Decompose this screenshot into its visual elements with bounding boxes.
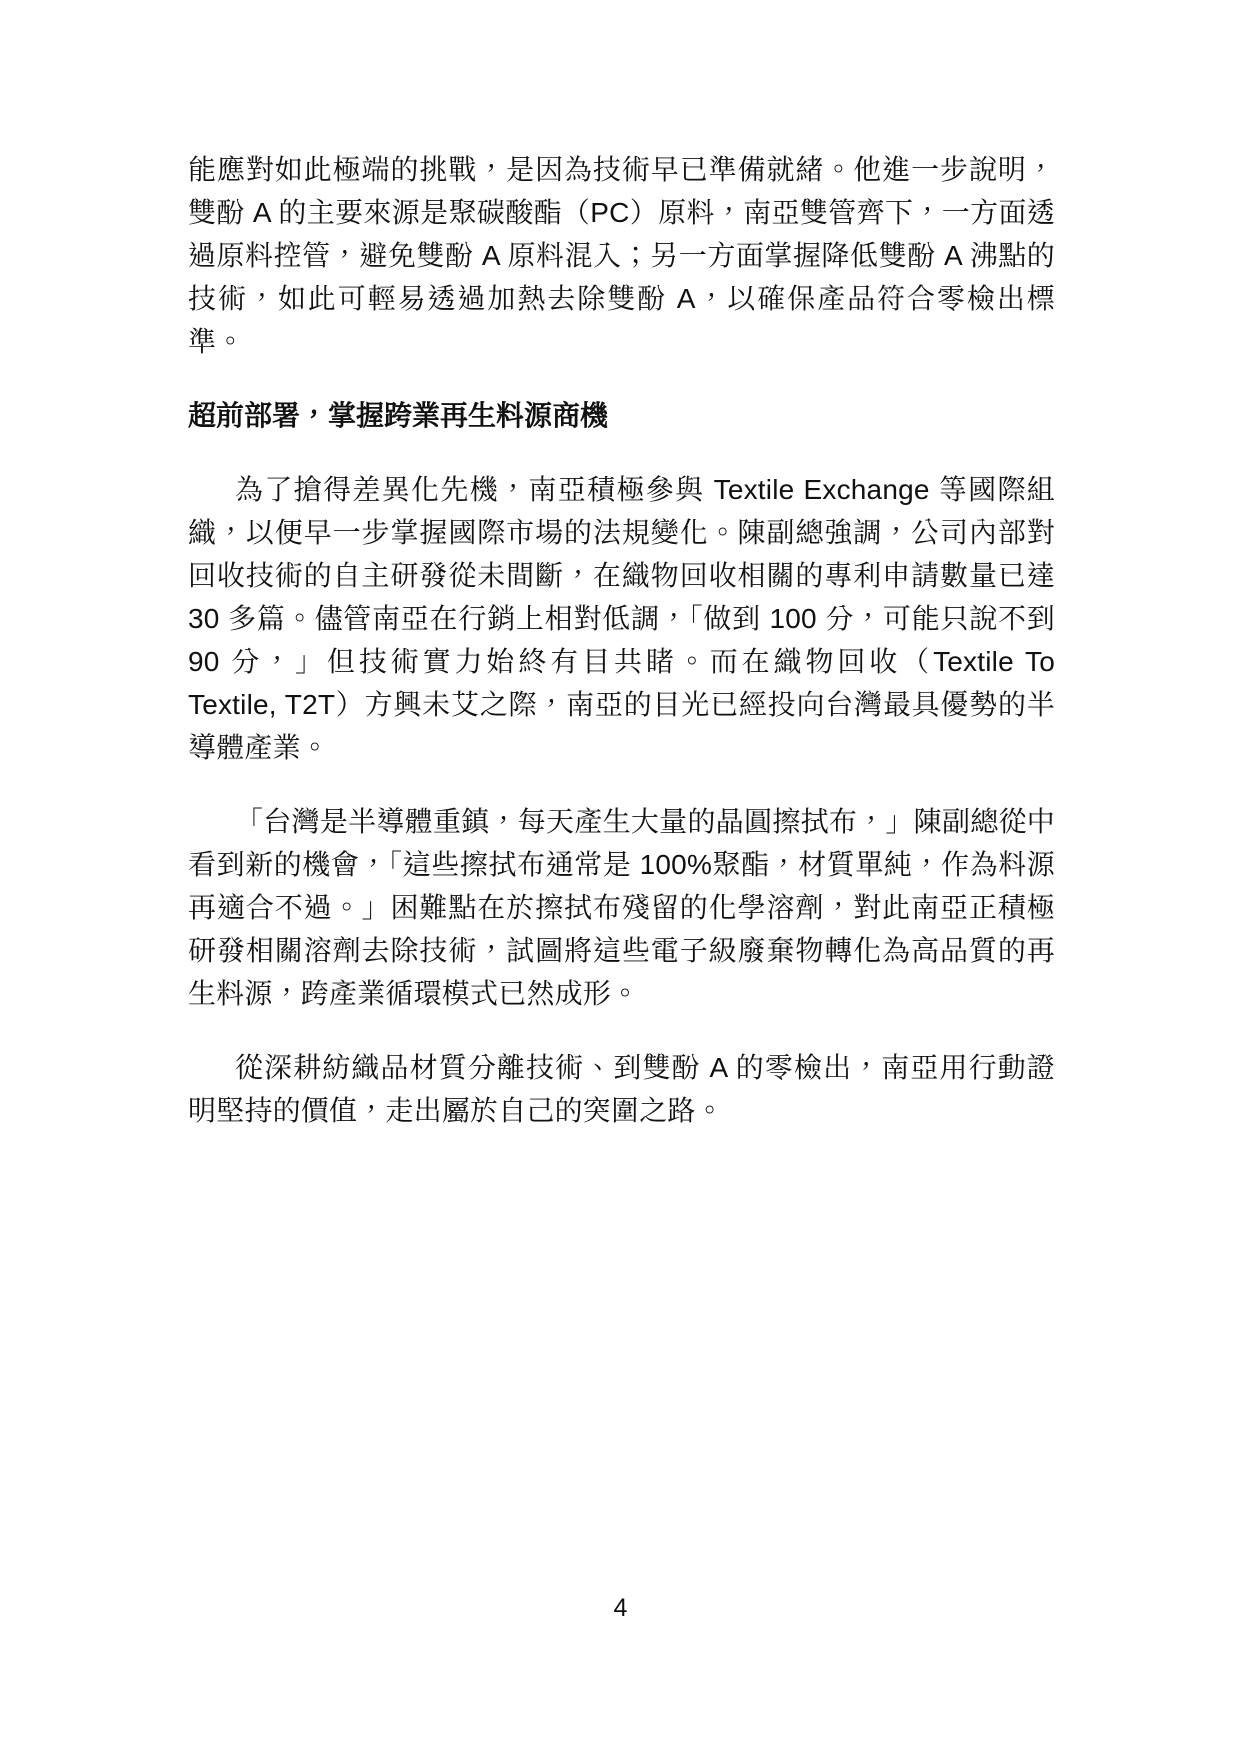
body-paragraph-1: 能應對如此極端的挑戰，是因為技術早已準備就緒。他進一步說明，雙酚 A 的主要來源… xyxy=(188,148,1055,363)
body-paragraph-4: 從深耕紡織品材質分離技術、到雙酚 A 的零檢出，南亞用行動證明堅持的價值，走出屬… xyxy=(188,1046,1055,1132)
section-heading: 超前部署，掌握跨業再生料源商機 xyxy=(188,394,1055,437)
page-content: 能應對如此極端的挑戰，是因為技術早已準備就緒。他進一步說明，雙酚 A 的主要來源… xyxy=(188,148,1055,1163)
page-number: 4 xyxy=(0,1593,1241,1623)
body-paragraph-2: 為了搶得差異化先機，南亞積極參與 Textile Exchange 等國際組織，… xyxy=(188,468,1055,769)
body-paragraph-3: 「台灣是半導體重鎮，每天產生大量的晶圓擦拭布，」陳副總從中看到新的機會，「這些擦… xyxy=(188,800,1055,1015)
document-page: 能應對如此極端的挑戰，是因為技術早已準備就緒。他進一步說明，雙酚 A 的主要來源… xyxy=(0,0,1241,1755)
